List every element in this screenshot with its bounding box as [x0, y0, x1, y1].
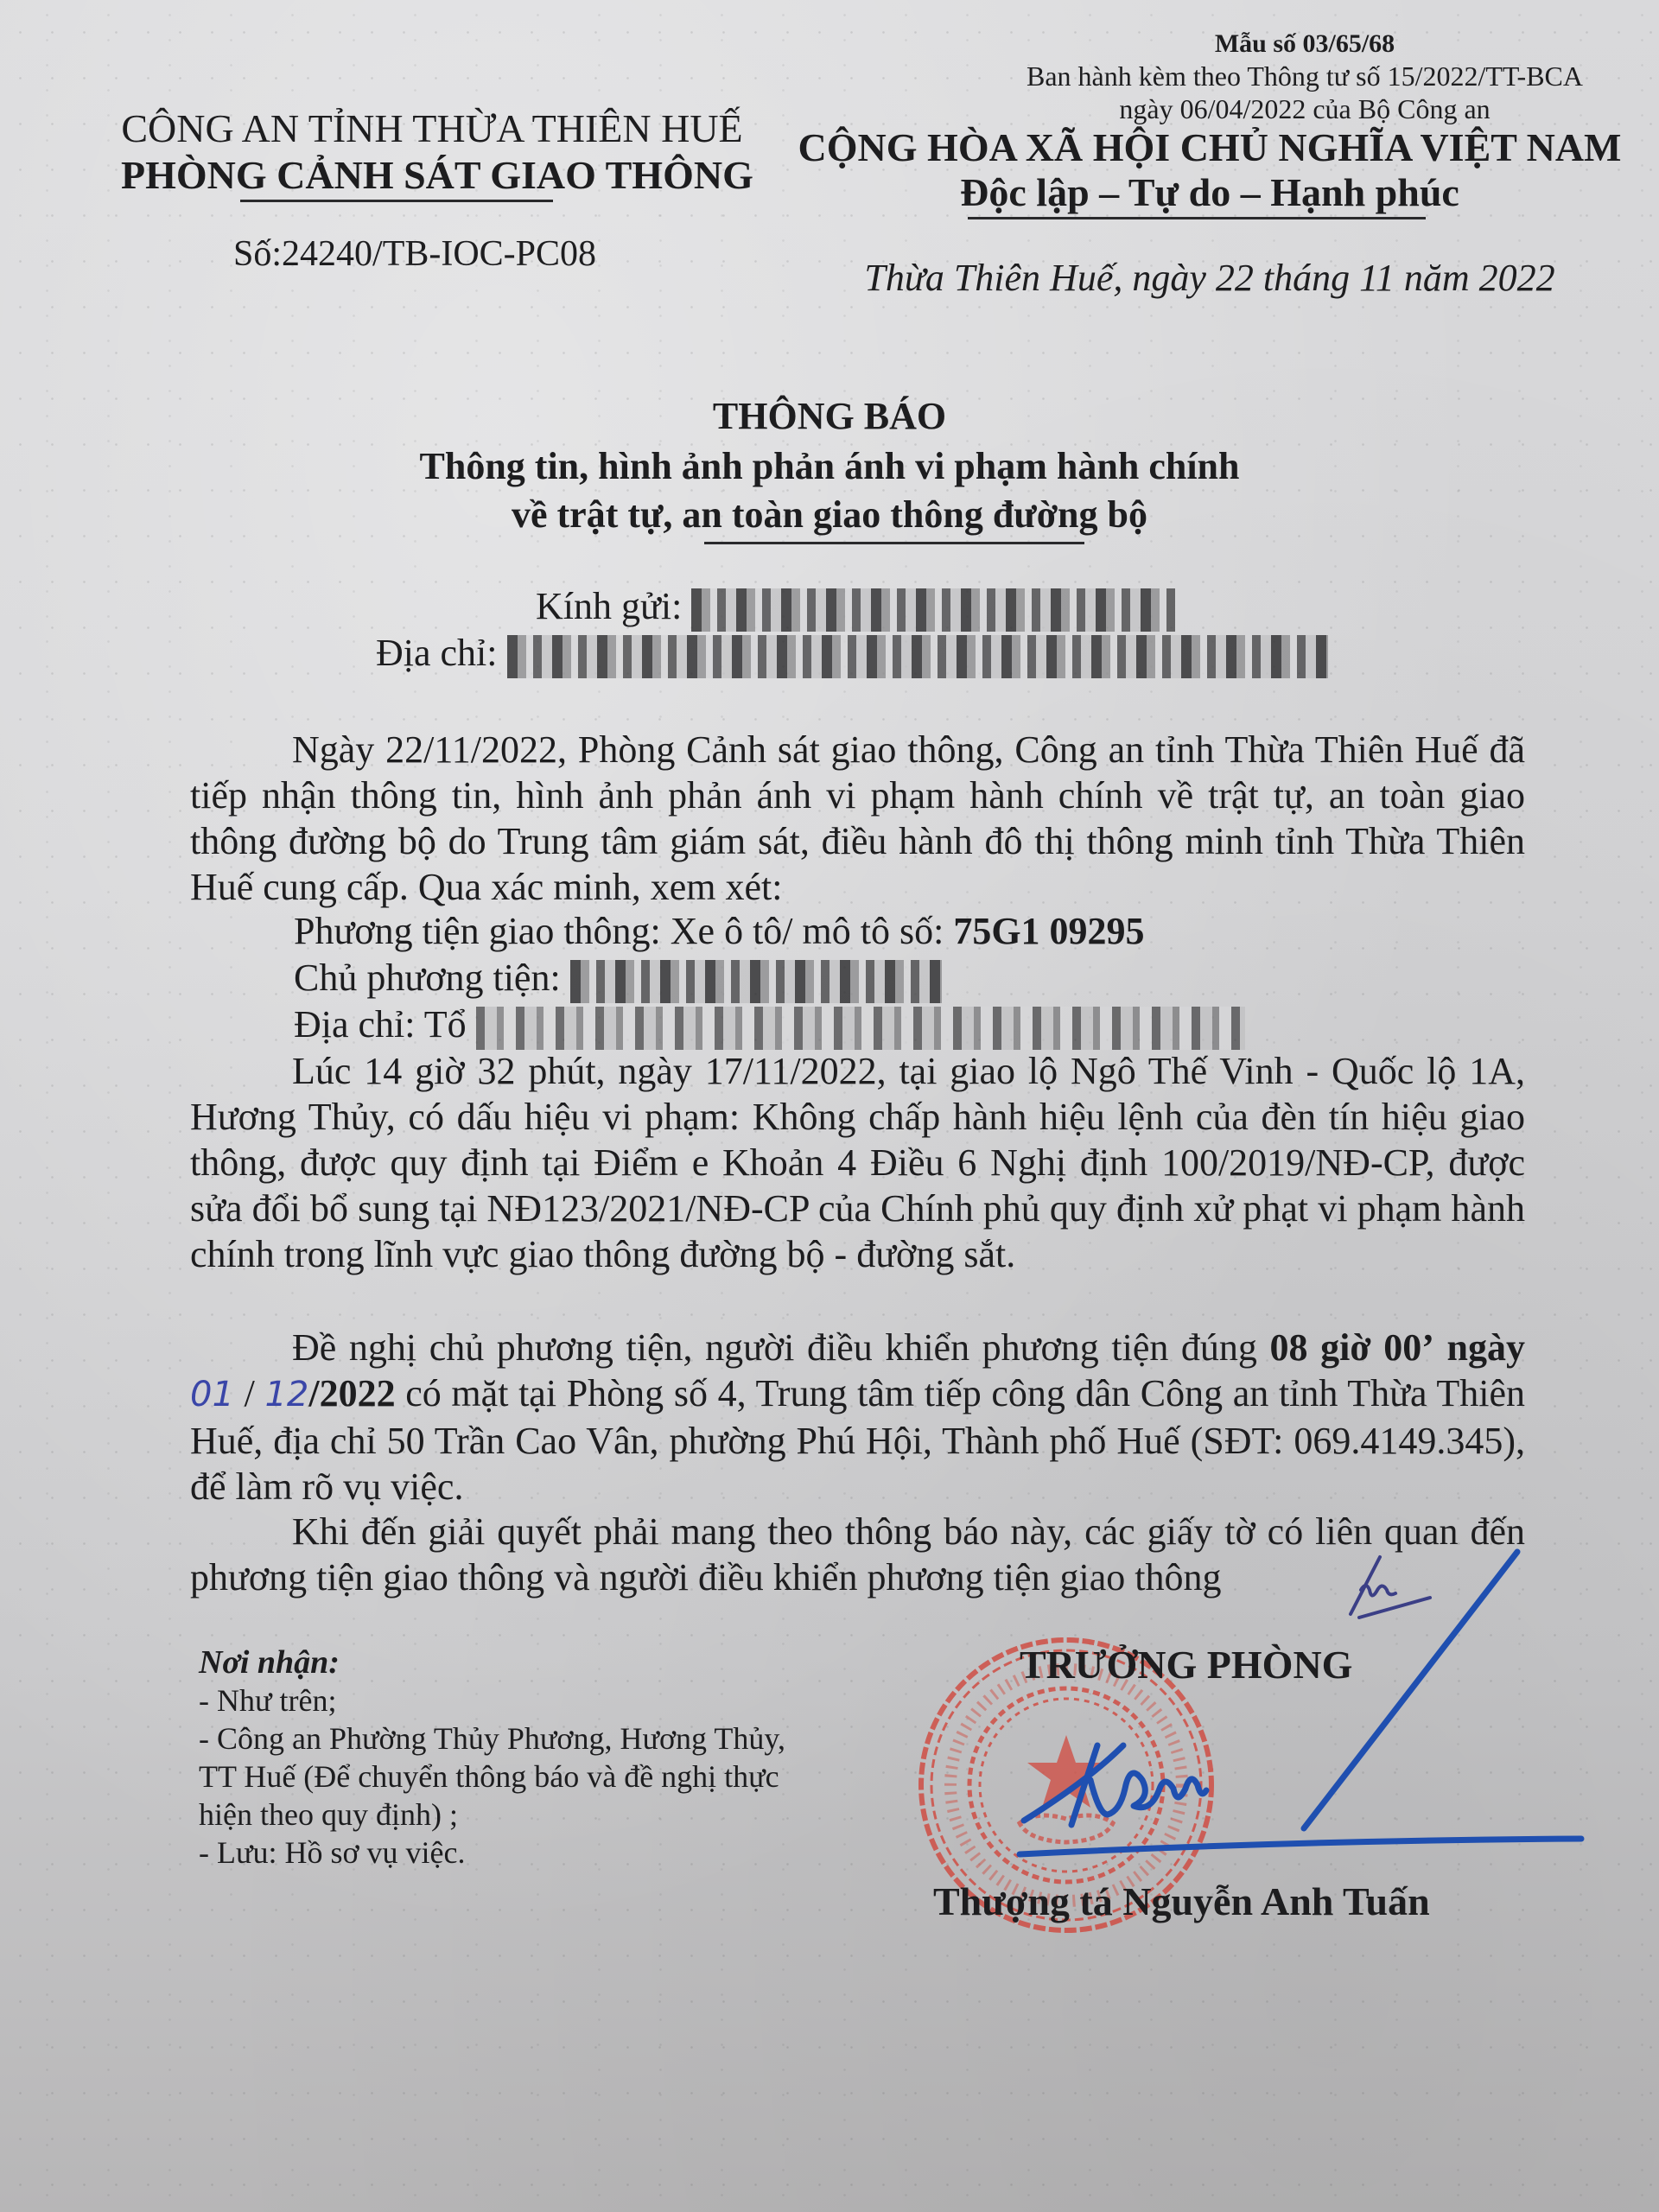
- owner-label: Chủ phương tiện:: [294, 957, 570, 999]
- notice-title: THÔNG BÁO: [0, 394, 1659, 438]
- vehicle-line: Phương tiện giao thông: Xe ô tô/ mô tô s…: [294, 909, 1145, 953]
- recipient-item: - Công an Phường Thủy Phương, Hương Thủy…: [199, 1719, 785, 1758]
- redacted-addressee-address: [507, 635, 1328, 678]
- redacted-owner-name: [570, 960, 942, 1003]
- motto-underline: [968, 217, 1426, 219]
- document-number: Số:24240/TB-IOC-PC08: [233, 233, 596, 275]
- addressee-address-line: Địa chỉ:: [376, 631, 1328, 678]
- form-issued-line2: ngày 06/04/2022 của Bộ Công an: [950, 93, 1659, 125]
- recipients-heading: Nơi nhận:: [199, 1643, 785, 1681]
- redacted-addressee-name: [691, 588, 1175, 632]
- address-label: Địa chỉ:: [376, 632, 498, 674]
- recipients-block: Nơi nhận: - Như trên; - Công an Phường T…: [199, 1643, 785, 1872]
- authority-underline: [240, 200, 553, 202]
- owner-address-line: Địa chỉ: Tổ: [294, 1002, 1245, 1050]
- owner-address-label: Địa chỉ: Tổ: [294, 1003, 476, 1046]
- paragraph-summons: Đề nghị chủ phương tiện, người điều khiể…: [190, 1325, 1525, 1510]
- addressee-label: Kính gửi:: [536, 585, 682, 627]
- paragraph-documents-required: Khi đến giải quyết phải mang theo thông …: [190, 1509, 1525, 1600]
- summons-text-start: Đề nghị chủ phương tiện, người điều khiể…: [292, 1326, 1270, 1369]
- notice-subtitle-line2: về trật tự, an toàn giao thông đường bộ: [0, 493, 1659, 537]
- owner-line: Chủ phương tiện:: [294, 956, 942, 1003]
- issuing-authority-parent: CÔNG AN TỈNH THỪA THIÊN HUẾ: [121, 105, 743, 151]
- form-number: Mẫu số 03/65/68: [950, 29, 1659, 59]
- signatory-title: TRƯỞNG PHÒNG: [1020, 1642, 1352, 1688]
- seal-star-icon: [1027, 1735, 1105, 1808]
- paragraph-violation: Lúc 14 giờ 32 phút, ngày 17/11/2022, tại…: [190, 1048, 1525, 1277]
- place-and-date: Thừa Thiên Huế, ngày 22 tháng 11 năm 202…: [760, 256, 1659, 300]
- document-page: CÔNG AN TỈNH THỪA THIÊN HUẾ PHÒNG CẢNH S…: [0, 0, 1659, 2212]
- handwritten-month: 12: [264, 1375, 308, 1414]
- redacted-owner-address: [476, 1007, 1245, 1050]
- form-issued-line1: Ban hành kèm theo Thông tư số 15/2022/TT…: [950, 60, 1659, 92]
- subtitle-underline: [704, 542, 1084, 544]
- addressee-line: Kính gửi:: [536, 584, 1175, 632]
- vehicle-label: Phương tiện giao thông: Xe ô tô/ mô tô s…: [294, 910, 953, 952]
- recipient-item: - Lưu: Hồ sơ vụ việc.: [199, 1834, 785, 1872]
- date-separator: /: [234, 1372, 265, 1414]
- recipient-item: TT Huế (Để chuyển thông báo và đề nghị t…: [199, 1758, 785, 1796]
- signatory-name: Thượng tá Nguyễn Anh Tuấn: [933, 1878, 1430, 1924]
- summons-day-label: ngày: [1447, 1326, 1525, 1369]
- handwritten-day: 01: [190, 1375, 234, 1414]
- summons-year: /2022: [308, 1372, 395, 1414]
- issuing-authority: PHÒNG CẢNH SÁT GIAO THÔNG: [121, 152, 743, 198]
- summons-time: 08 giờ 00’: [1270, 1326, 1434, 1369]
- notice-subtitle-line1: Thông tin, hình ảnh phản ánh vi phạm hàn…: [0, 444, 1659, 488]
- license-plate: 75G1 09295: [953, 910, 1144, 952]
- nation-heading: CỘNG HÒA XÃ HỘI CHỦ NGHĨA VIỆT NAM: [760, 124, 1659, 170]
- national-motto: Độc lập – Tự do – Hạnh phúc: [760, 169, 1659, 215]
- recipient-item: - Như trên;: [199, 1681, 785, 1719]
- paragraph-receipt: Ngày 22/11/2022, Phòng Cảnh sát giao thô…: [190, 727, 1525, 910]
- recipient-item: hiện theo quy định) ;: [199, 1796, 785, 1834]
